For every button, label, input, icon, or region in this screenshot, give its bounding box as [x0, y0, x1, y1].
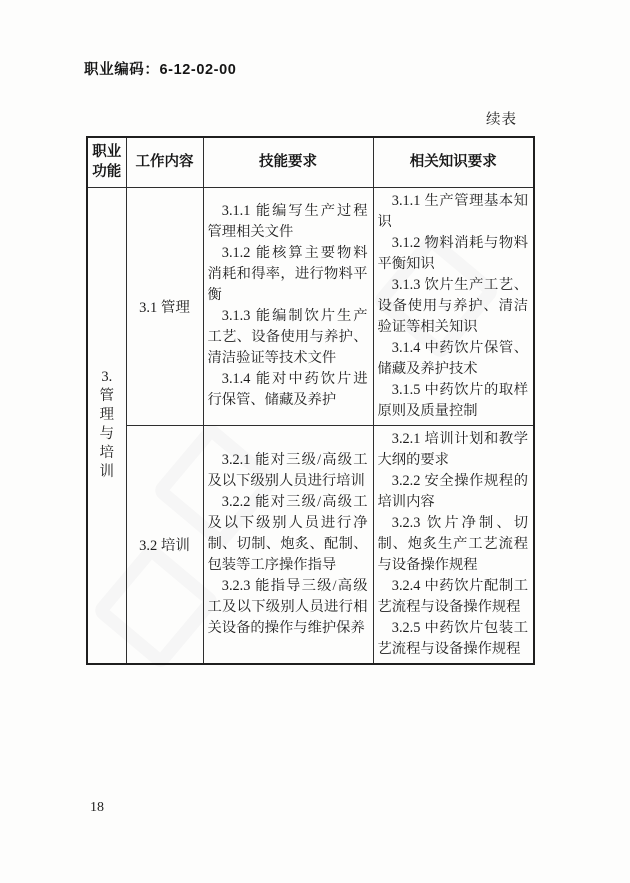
skill-item: 3.1.2 能核算主要物料消耗和得率，进行物料平衡: [208, 243, 368, 306]
function-group-vertical-text: 3. 管 理 与 培 训: [88, 368, 126, 482]
skill-item: 3.1.4 能对中药饮片进行保管、储藏及养护: [208, 369, 368, 411]
skills-cell-management: 3.1.1 能编写生产过程管理相关文件 3.1.2 能核算主要物料消耗和得率，进…: [203, 187, 373, 425]
knowledge-item: 3.1.4 中药饮片保管、储藏及养护技术: [378, 338, 529, 380]
function-group-cell: 3. 管 理 与 培 训: [87, 187, 126, 664]
skill-item: 3.1.3 能编制饮片生产工艺、设备使用与养护、清洁验证等技术文件: [208, 306, 368, 369]
col-header-function-line1: 职业: [92, 144, 121, 160]
continued-table-label: 续表: [86, 108, 533, 129]
knowledge-cell-training: 3.2.1 培训计划和教学大纲的要求 3.2.2 安全操作规程的培训内容 3.2…: [373, 425, 534, 664]
skills-cell-training: 3.2.1 能对三级/高级工及以下级别人员进行培训 3.2.2 能对三级/高级工…: [203, 425, 373, 664]
skill-item: 3.2.2 能对三级/高级工及以下级别人员进行净制、切制、炮炙、配制、包装等工序…: [208, 492, 368, 576]
document-page: 职业编码：6-12-02-00 续表 职业 功能 工作内容 技能要求 相关知识要…: [0, 0, 630, 883]
col-header-knowledge: 相关知识要求: [373, 137, 534, 187]
work-content-cell-training: 3.2 培训: [126, 425, 203, 664]
col-header-work-content: 工作内容: [126, 137, 203, 187]
knowledge-item: 3.1.1 生产管理基本知识: [378, 191, 529, 233]
knowledge-item: 3.2.1 培训计划和教学大纲的要求: [378, 429, 529, 471]
col-header-function-line2: 功能: [92, 164, 121, 180]
knowledge-item: 3.2.4 中药饮片配制工艺流程与设备操作规程: [378, 576, 529, 618]
knowledge-item: 3.1.2 物料消耗与物料平衡知识: [378, 233, 529, 275]
work-content-cell-management: 3.1 管理: [126, 187, 203, 425]
table-row-management: 3. 管 理 与 培 训 3.1 管理 3.1.1 能编写生产过程管理相关文件 …: [87, 187, 534, 425]
occupational-standard-table: 职业 功能 工作内容 技能要求 相关知识要求 3. 管 理 与 培 训: [86, 136, 535, 665]
occupation-code: 职业编码：6-12-02-00: [84, 58, 236, 79]
knowledge-item: 3.2.3 饮片净制、切制、炮炙生产工艺流程与设备操作规程: [378, 513, 529, 576]
header-row: 职业 功能 工作内容 技能要求 相关知识要求: [87, 137, 534, 187]
knowledge-cell-management: 3.1.1 生产管理基本知识 3.1.2 物料消耗与物料平衡知识 3.1.3 饮…: [373, 187, 534, 425]
function-group-number: 3.: [101, 368, 112, 387]
knowledge-item: 3.2.2 安全操作规程的培训内容: [378, 471, 529, 513]
knowledge-item: 3.2.5 中药饮片包装工艺流程与设备操作规程: [378, 618, 529, 660]
table-row-training: 3.2 培训 3.2.1 能对三级/高级工及以下级别人员进行培训 3.2.2 能…: [87, 425, 534, 664]
col-header-function: 职业 功能: [87, 137, 126, 187]
skill-item: 3.2.3 能指导三级/高级工及以下级别人员进行相关设备的操作与维护保养: [208, 576, 368, 639]
skill-item: 3.1.1 能编写生产过程管理相关文件: [208, 201, 368, 243]
col-header-skills: 技能要求: [203, 137, 373, 187]
knowledge-item: 3.1.3 饮片生产工艺、设备使用与养护、清洁验证等相关知识: [378, 275, 529, 338]
page-number: 18: [90, 800, 104, 816]
skill-item: 3.2.1 能对三级/高级工及以下级别人员进行培训: [208, 450, 368, 492]
knowledge-item: 3.1.5 中药饮片的取样原则及质量控制: [378, 380, 529, 422]
